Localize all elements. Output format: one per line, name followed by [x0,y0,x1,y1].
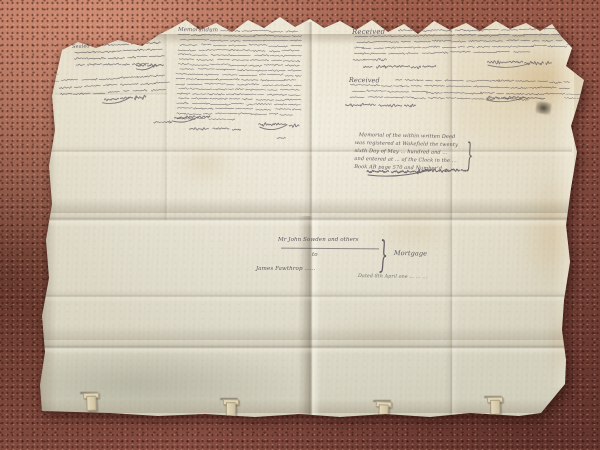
left-edge-shadow [40,48,57,414]
edge-fragment-manuscript [36,71,61,98]
memorial-line: sixth Day of May … hundred and … [355,148,458,156]
fold-line-horizontal [50,145,572,157]
seal-tag-stem [86,396,97,411]
photo-of-parchment-deed: Sealed Memorandum Received Received [0,0,600,450]
attestation-name-richardson [186,125,241,144]
receipt-top-marginal-sum [565,31,586,58]
fold-line-horizontal-strong [42,339,570,355]
seal-tag-stem [378,404,389,420]
endorsement-to: to [312,252,318,258]
ink-smudge-mark [535,101,552,115]
endorsement-party-bottom: James Fawthrop …… [256,266,316,272]
fold-preshadow [44,326,568,340]
parchment-document: Sealed Memorandum Received Received [0,0,600,450]
fold-line-horizontal-strong [42,211,572,227]
parchment-shadow-wrap: Sealed Memorandum Received Received [0,0,600,450]
memorial-line: was registered at Wakefield the twenty [355,140,458,148]
receipt-lower-signature-richardson [345,101,421,120]
seal-tag-stem [226,402,236,417]
receipt-top-signature-right [486,58,552,79]
witness-signature [100,93,147,116]
witness-word [150,117,172,136]
memorial-brace: } [466,136,473,175]
center-fold-shadow [298,216,322,416]
attestation-jun [272,132,286,151]
fold-line-horizontal [44,290,568,302]
receipt-lower-marginal-figures [563,90,588,112]
memorial-line: Memorial of the within written Deed [359,132,462,140]
endorsement-brace: } [379,236,388,278]
register-signature-flourish [366,166,466,192]
endorsement-party-top: Mr John Sowden and others [278,237,359,243]
registry-memorial-block: Memorial of the within written Deed was … [354,132,458,164]
seal-tag-stem [490,400,500,415]
endorsement-nature-mortgage: Mortgage [394,249,427,258]
